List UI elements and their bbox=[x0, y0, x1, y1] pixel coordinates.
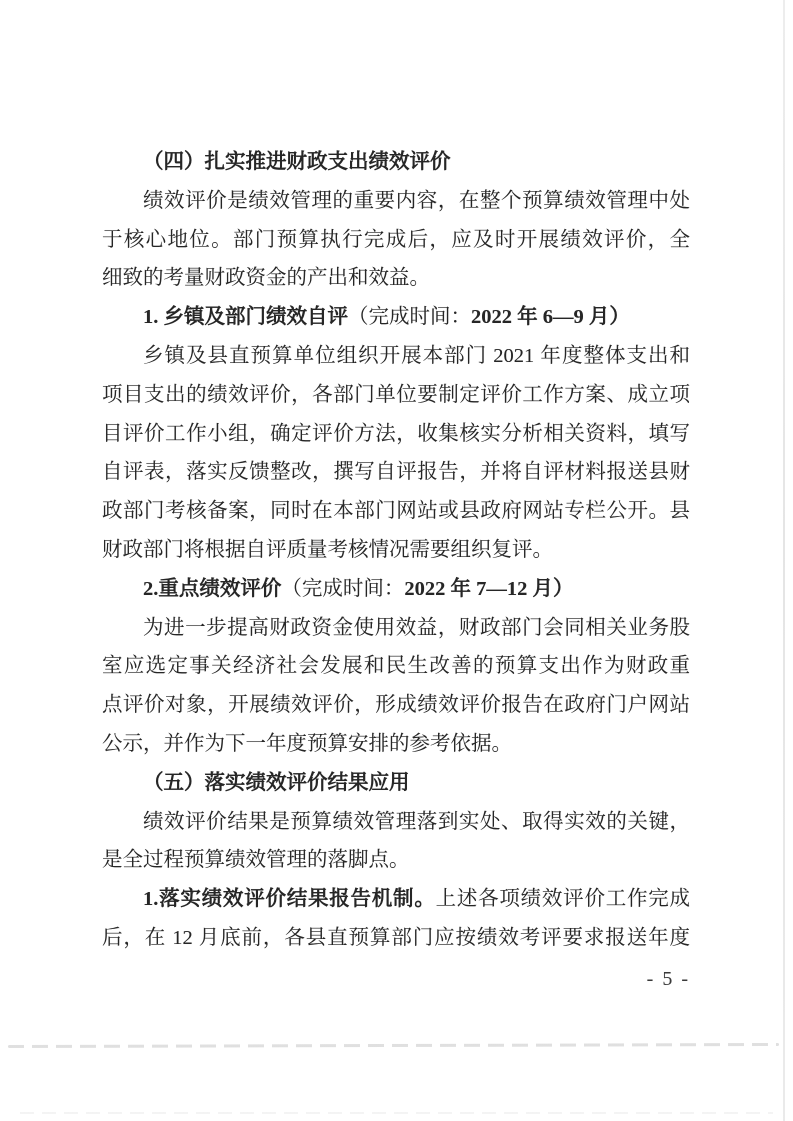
text-segment: 政部门考核备案，同时在本部门网站或县政府网站专栏公开。县 bbox=[102, 500, 690, 522]
text-line: 乡镇及县直预算单位组织开展本部门 2021 年度整体支出和 bbox=[102, 337, 690, 376]
text-segment: 点评价对象，开展绩效评价，形成绩效评价报告在政府门户网站 bbox=[102, 694, 690, 716]
scan-edge-artifact-bottom bbox=[8, 1043, 779, 1048]
text-segment: 上述各项绩效评价工作完成 bbox=[436, 888, 690, 910]
text-line: （四）扎实推进财政支出绩效评价 bbox=[102, 143, 690, 182]
text-line: 细致的考量财政资金的产出和效益。 bbox=[102, 259, 690, 298]
text-segment: 室应选定事关经济社会发展和民生改善的预算支出作为财政重 bbox=[102, 655, 690, 677]
text-line: 绩效评价是绩效管理的重要内容，在整个预算绩效管理中处 bbox=[102, 182, 690, 221]
text-segment: 2022 年 6—9 月） bbox=[471, 306, 630, 328]
text-line: 自评表，落实反馈整改，撰写自评报告，并将自评材料报送县财 bbox=[102, 453, 690, 492]
text-line: 室应选定事关经济社会发展和民生改善的预算支出作为财政重 bbox=[102, 647, 690, 686]
text-segment: 1.落实绩效评价结果报告机制。 bbox=[143, 888, 436, 910]
text-segment: （四）扎实推进财政支出绩效评价 bbox=[143, 151, 451, 173]
text-segment: 2.重点绩效评价 bbox=[143, 578, 281, 600]
text-line: 公示，并作为下一年度预算安排的参考依据。 bbox=[102, 725, 690, 764]
text-segment: 自评表，落实反馈整改，撰写自评报告，并将自评材料报送县财 bbox=[102, 461, 690, 483]
text-segment: （完成时间： bbox=[348, 306, 471, 328]
text-segment: （五）落实绩效评价结果应用 bbox=[143, 772, 410, 794]
text-line: 1. 乡镇及部门绩效自评（完成时间：2022 年 6—9 月） bbox=[102, 298, 690, 337]
text-line: （五）落实绩效评价结果应用 bbox=[102, 764, 690, 803]
text-line: 为进一步提高财政资金使用效益，财政部门会同相关业务股 bbox=[102, 609, 690, 648]
text-segment: 绩效评价是绩效管理的重要内容，在整个预算绩效管理中处 bbox=[143, 190, 690, 212]
scan-edge-artifact-right bbox=[783, 0, 785, 1121]
text-segment: 公示，并作为下一年度预算安排的参考依据。 bbox=[102, 733, 512, 755]
text-segment: 乡镇及县直预算单位组织开展本部门 2021 年度整体支出和 bbox=[143, 345, 690, 367]
document-lines: （四）扎实推进财政支出绩效评价绩效评价是绩效管理的重要内容，在整个预算绩效管理中… bbox=[102, 143, 690, 958]
text-line: 点评价对象，开展绩效评价，形成绩效评价报告在政府门户网站 bbox=[102, 686, 690, 725]
text-line: 1.落实绩效评价结果报告机制。上述各项绩效评价工作完成 bbox=[102, 880, 690, 919]
page-number: - 5 - bbox=[0, 968, 690, 991]
text-segment: 为进一步提高财政资金使用效益，财政部门会同相关业务股 bbox=[143, 617, 690, 639]
text-segment: （完成时间： bbox=[281, 578, 404, 600]
text-line: 绩效评价结果是预算绩效管理落到实处、取得实效的关键， bbox=[102, 803, 690, 842]
text-segment: 目评价工作小组，确定评价方法，收集核实分析相关资料，填写 bbox=[102, 423, 690, 445]
text-line: 于核心地位。部门预算执行完成后，应及时开展绩效评价，全面、 bbox=[102, 221, 690, 260]
text-line: 目评价工作小组，确定评价方法，收集核实分析相关资料，填写 bbox=[102, 415, 690, 454]
text-segment: 1. 乡镇及部门绩效自评 bbox=[143, 306, 348, 328]
text-line: 后，在 12 月底前，各县直预算部门应按绩效考评要求报送年度 bbox=[102, 919, 690, 958]
text-segment: 于核心地位。部门预算执行完成后，应及时开展绩效评价，全面、 bbox=[102, 229, 690, 260]
text-line: 是全过程预算绩效管理的落脚点。 bbox=[102, 841, 690, 880]
text-segment: 财政部门将根据自评质量考核情况需要组织复评。 bbox=[102, 539, 553, 561]
text-segment: 后，在 12 月底前，各县直预算部门应按绩效考评要求报送年度 bbox=[102, 927, 690, 949]
text-segment: 项目支出的绩效评价，各部门单位要制定评价工作方案、成立项 bbox=[102, 384, 690, 406]
text-line: 项目支出的绩效评价，各部门单位要制定评价工作方案、成立项 bbox=[102, 376, 690, 415]
document-page: （四）扎实推进财政支出绩效评价绩效评价是绩效管理的重要内容，在整个预算绩效管理中… bbox=[0, 0, 793, 1121]
text-line: 政部门考核备案，同时在本部门网站或县政府网站专栏公开。县 bbox=[102, 492, 690, 531]
scan-edge-artifact-bottom-faint bbox=[20, 1112, 773, 1114]
text-segment: 绩效评价结果是预算绩效管理落到实处、取得实效的关键， bbox=[143, 811, 690, 833]
text-line: 财政部门将根据自评质量考核情况需要组织复评。 bbox=[102, 531, 690, 570]
text-segment: 是全过程预算绩效管理的落脚点。 bbox=[102, 849, 410, 871]
text-line: 2.重点绩效评价（完成时间：2022 年 7—12 月） bbox=[102, 570, 690, 609]
text-segment: 2022 年 7—12 月） bbox=[404, 578, 573, 600]
text-segment: 细致的考量财政资金的产出和效益。 bbox=[102, 267, 430, 289]
